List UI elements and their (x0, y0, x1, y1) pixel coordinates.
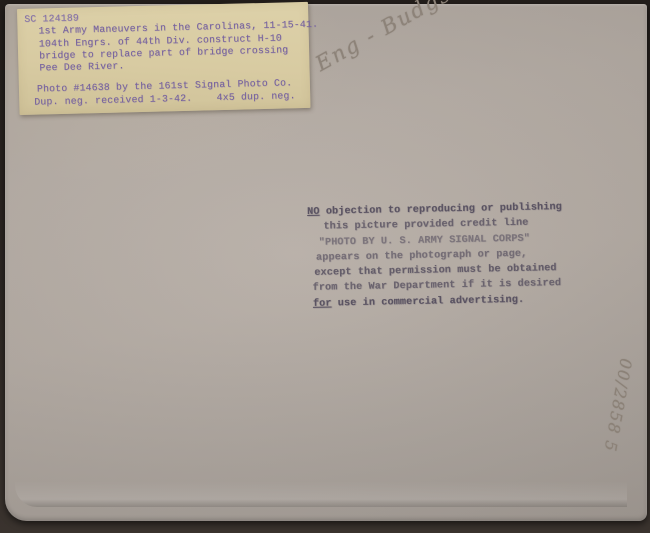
paper-bottom-curl (15, 481, 627, 507)
handwritten-inventory-number: 00/2858 5 (597, 340, 638, 471)
typed-caption-label: SC 124189 1st Army Maneuvers in the Caro… (17, 2, 311, 115)
signal-corps-permission-stamp: NO objection to reproducing or publishin… (304, 200, 564, 312)
handwritten-note-eng-budgs: Eng - Budgs (311, 0, 445, 76)
stamp-underlined-word: NO (307, 207, 320, 218)
stamp-line-text: use in commercial advertising. (331, 295, 524, 310)
stamp-line-text: appears on the photograph or page, (316, 249, 527, 264)
stamp-underlined-word: for (313, 298, 332, 309)
stamp-line-text: "PHOTO BY U. S. ARMY SIGNAL CORPS" (319, 233, 530, 248)
photo-back-paper: SC 124189 1st Army Maneuvers in the Caro… (5, 4, 647, 521)
stamp-line-text: this picture provided credit line (323, 218, 528, 233)
